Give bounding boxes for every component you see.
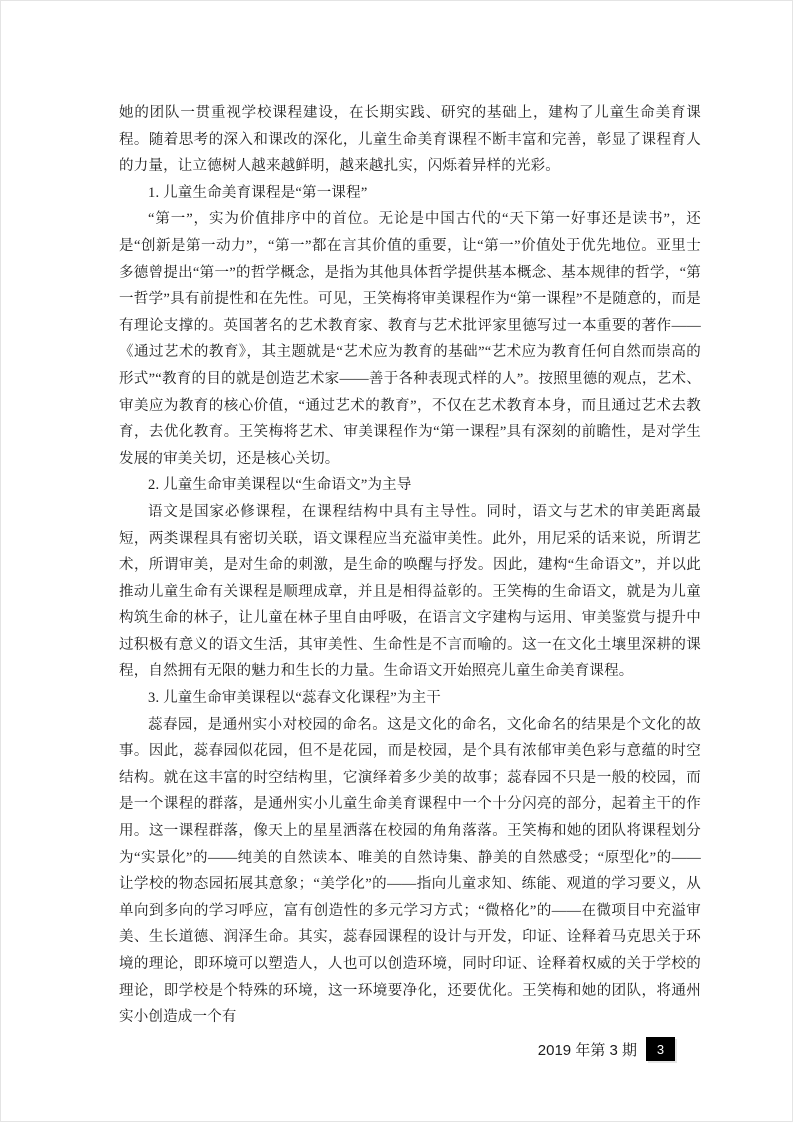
paragraph-continuation: 她的团队一贯重视学校课程建设，在长期实践、研究的基础上，建构了儿童生命美育课程。…: [119, 100, 701, 180]
document-page: 她的团队一贯重视学校课程建设，在长期实践、研究的基础上，建构了儿童生命美育课程。…: [0, 0, 793, 1122]
article-body: 她的团队一贯重视学校课程建设，在长期实践、研究的基础上，建构了儿童生命美育课程。…: [119, 100, 701, 1031]
section-body-1: “第一”，实为价值排序中的首位。无论是中国古代的“天下第一好事还是读书”，还是“…: [119, 206, 701, 472]
issue-label: 2019 年第 3 期: [538, 1039, 637, 1060]
page-number-badge: 3: [646, 1037, 675, 1061]
section-heading-1: 1. 儿童生命美育课程是“第一课程”: [119, 180, 701, 207]
page-footer: 2019 年第 3 期 3: [538, 1037, 675, 1061]
section-body-2: 语文是国家必修课程，在课程结构中具有主导性。同时，语文与艺术的审美距离最短，两类…: [119, 499, 701, 685]
section-heading-2: 2. 儿童生命审美课程以“生命语文”为主导: [119, 472, 701, 499]
section-heading-3: 3. 儿童生命审美课程以“蕊春文化课程”为主干: [119, 685, 701, 712]
section-body-3: 蕊春园，是通州实小对校园的命名。这是文化的命名，文化命名的结果是个文化的故事。因…: [119, 712, 701, 1031]
